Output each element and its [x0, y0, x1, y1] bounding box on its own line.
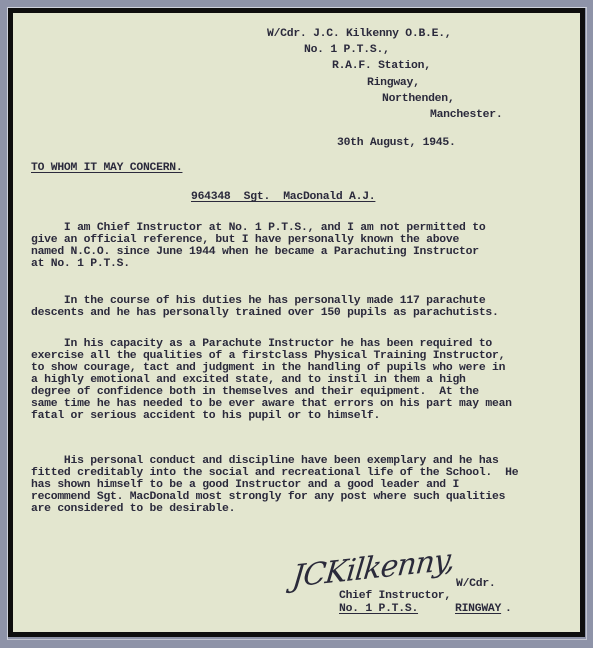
sender-city: Manchester. [430, 109, 502, 121]
paragraph-line: fitted creditably into the social and re… [31, 467, 518, 479]
paragraph-line: named N.C.O. since June 1944 when he bec… [31, 246, 479, 258]
salutation: TO WHOM IT MAY CONCERN. [31, 162, 182, 174]
letter-date: 30th August, 1945. [337, 137, 456, 149]
signature-title: Chief Instructor, [339, 590, 451, 602]
paragraph-line: at No. 1 P.T.S. [31, 258, 130, 270]
paragraph-line: degree of confidence both in themselves … [31, 386, 479, 398]
signature-period: . [505, 603, 512, 615]
sender-name: W/Cdr. J.C. Kilkenny O.B.E., [267, 28, 451, 40]
handwritten-signature: JCKilkenny, [291, 542, 457, 595]
paragraph-line: fatal or serious accident to his pupil o… [31, 410, 380, 422]
paragraph-line: has shown himself to be a good Instructo… [31, 479, 459, 491]
paragraph-line: to show courage, tact and judgment in th… [31, 362, 505, 374]
paragraph-line: I am Chief Instructor at No. 1 P.T.S., a… [31, 222, 485, 234]
signature-unit: No. 1 P.T.S. [339, 603, 418, 615]
paragraph-line: same time he has needed to be ever aware… [31, 398, 512, 410]
paragraph-line: descents and he has personally trained o… [31, 307, 499, 319]
paragraph-line: give an official reference, but I have p… [31, 234, 459, 246]
signature-place: RINGWAY [455, 603, 501, 615]
subject-line: 964348 Sgt. MacDonald A.J. [191, 191, 375, 203]
paragraph-line: recommend Sgt. MacDonald most strongly f… [31, 491, 505, 503]
paragraph-line: are considered to be desirable. [31, 503, 235, 515]
paragraph-line: In the course of his duties he has perso… [31, 295, 485, 307]
paragraph-line: a highly emotional and excited state, an… [31, 374, 466, 386]
sender-place: Ringway, [367, 77, 420, 89]
paragraph-line: His personal conduct and discipline have… [31, 455, 499, 467]
sender-station: R.A.F. Station, [332, 60, 431, 72]
paragraph-line: exercise all the qualities of a firstcla… [31, 350, 505, 362]
paragraph-line: In his capacity as a Parachute Instructo… [31, 338, 492, 350]
letter-document: W/Cdr. J.C. Kilkenny O.B.E., No. 1 P.T.S… [0, 0, 593, 648]
sender-unit: No. 1 P.T.S., [304, 44, 390, 56]
sender-district: Northenden, [382, 93, 454, 105]
signature-rank: W/Cdr. [456, 578, 496, 590]
